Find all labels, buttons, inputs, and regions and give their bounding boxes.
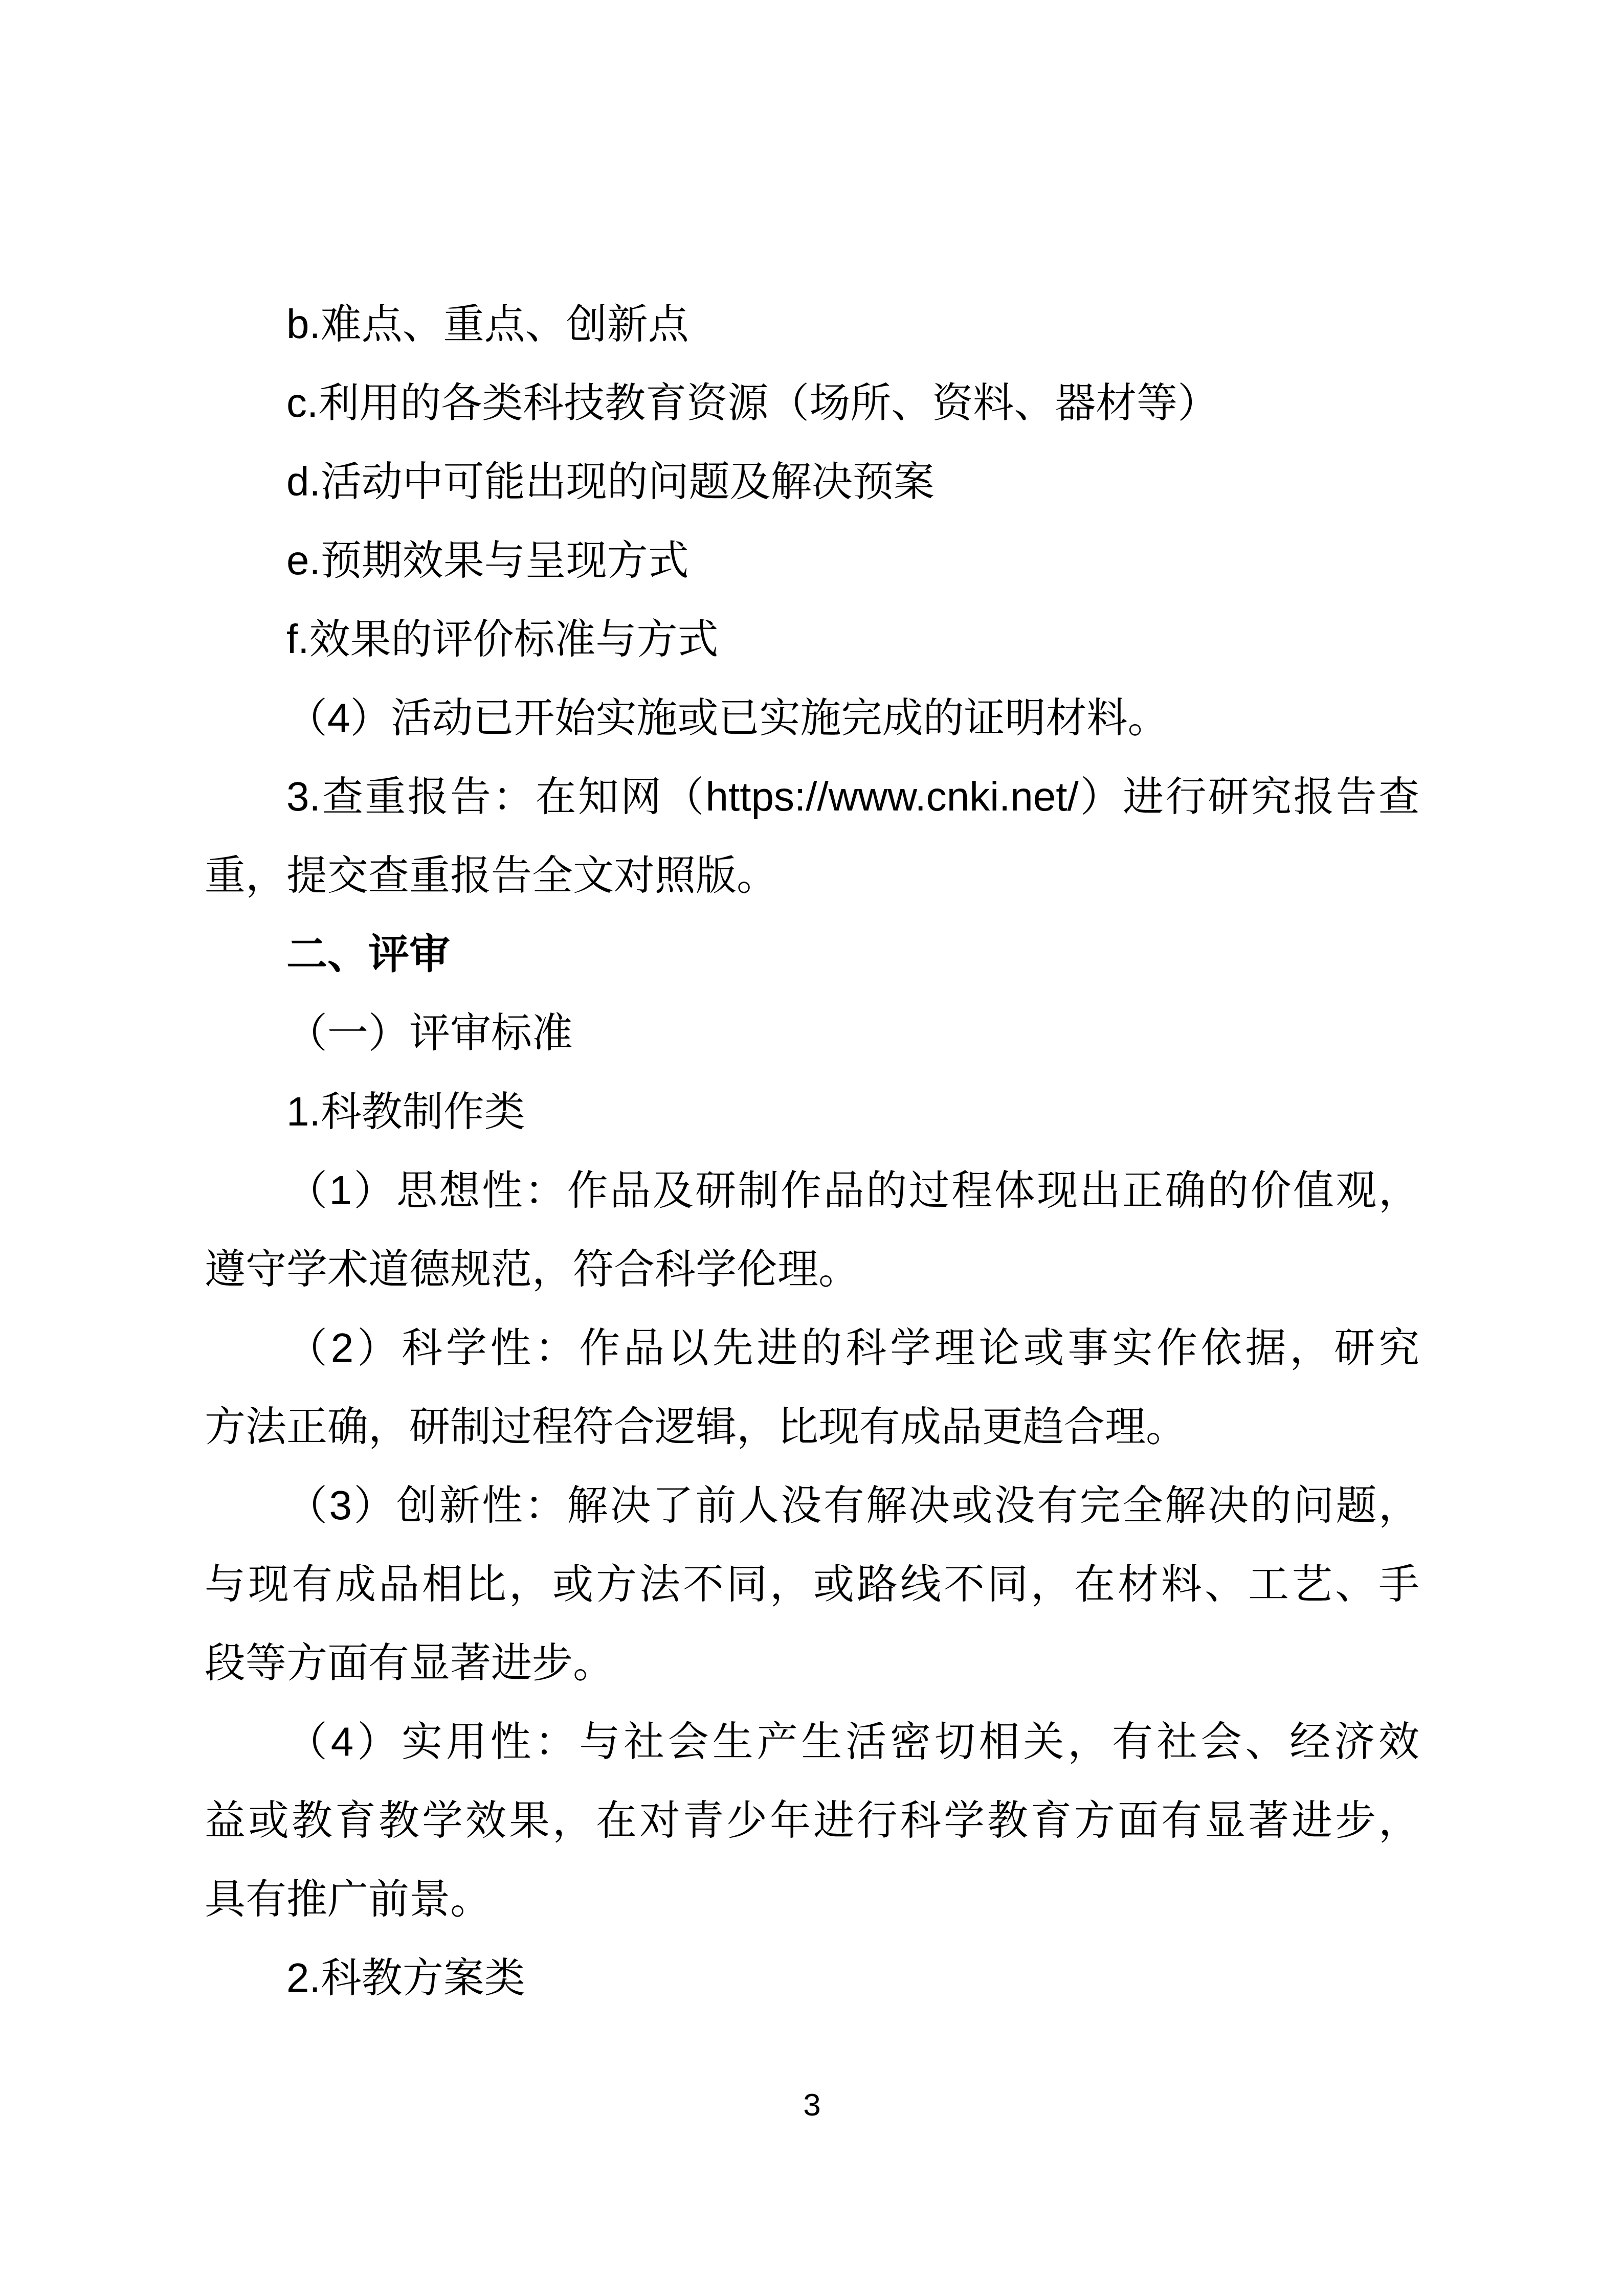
list-item-f: f.效果的评价标准与方式 bbox=[205, 600, 1419, 679]
list-item-e: e.预期效果与呈现方式 bbox=[205, 521, 1419, 600]
criterion-ideology-line2: 遵守学术道德规范，符合科学伦理。 bbox=[205, 1230, 1419, 1309]
criterion-practicality-line2: 益或教育教学效果，在对青少年进行科学教育方面有显著进步， bbox=[205, 1781, 1419, 1860]
paragraph-proof-materials: （4）活动已开始实施或已实施完成的证明材料。 bbox=[205, 679, 1419, 757]
page-number: 3 bbox=[0, 2086, 1624, 2124]
document-body: b.难点、重点、创新点 c.利用的各类科技教育资源（场所、资料、器材等） d.活… bbox=[205, 285, 1419, 2017]
list-item-c: c.利用的各类科技教育资源（场所、资料、器材等） bbox=[205, 364, 1419, 442]
criterion-practicality-line3: 具有推广前景。 bbox=[205, 1860, 1419, 1939]
list-item-b: b.难点、重点、创新点 bbox=[205, 285, 1419, 364]
list-item-d: d.活动中可能出现的问题及解决预案 bbox=[205, 442, 1419, 521]
criterion-innovation-line1: （3）创新性：解决了前人没有解决或没有完全解决的问题， bbox=[205, 1466, 1419, 1545]
document-page: b.难点、重点、创新点 c.利用的各类科技教育资源（场所、资料、器材等） d.活… bbox=[0, 0, 1624, 2296]
section-heading-review: 二、评审 bbox=[205, 915, 1419, 994]
criterion-innovation-line2: 与现有成品相比，或方法不同，或路线不同，在材料、工艺、手 bbox=[205, 1545, 1419, 1624]
criterion-scientific-line1: （2）科学性：作品以先进的科学理论或事实作依据，研究 bbox=[205, 1309, 1419, 1387]
criterion-innovation-line3: 段等方面有显著进步。 bbox=[205, 1624, 1419, 1702]
subsection-heading-review-criteria: （一）评审标准 bbox=[205, 994, 1419, 1072]
item-heading-production-category: 1.科教制作类 bbox=[205, 1072, 1419, 1151]
criterion-scientific-line2: 方法正确，研制过程符合逻辑，比现有成品更趋合理。 bbox=[205, 1387, 1419, 1466]
criterion-practicality-line1: （4）实用性：与社会生产生活密切相关，有社会、经济效 bbox=[205, 1702, 1419, 1781]
criterion-ideology-line1: （1）思想性：作品及研制作品的过程体现出正确的价值观， bbox=[205, 1151, 1419, 1230]
item-heading-plan-category: 2.科教方案类 bbox=[205, 1939, 1419, 2017]
paragraph-plagiarism-report-line2: 重，提交查重报告全文对照版。 bbox=[205, 836, 1419, 915]
paragraph-plagiarism-report-line1: 3.查重报告：在知网（https://www.cnki.net/）进行研究报告查 bbox=[205, 757, 1419, 836]
